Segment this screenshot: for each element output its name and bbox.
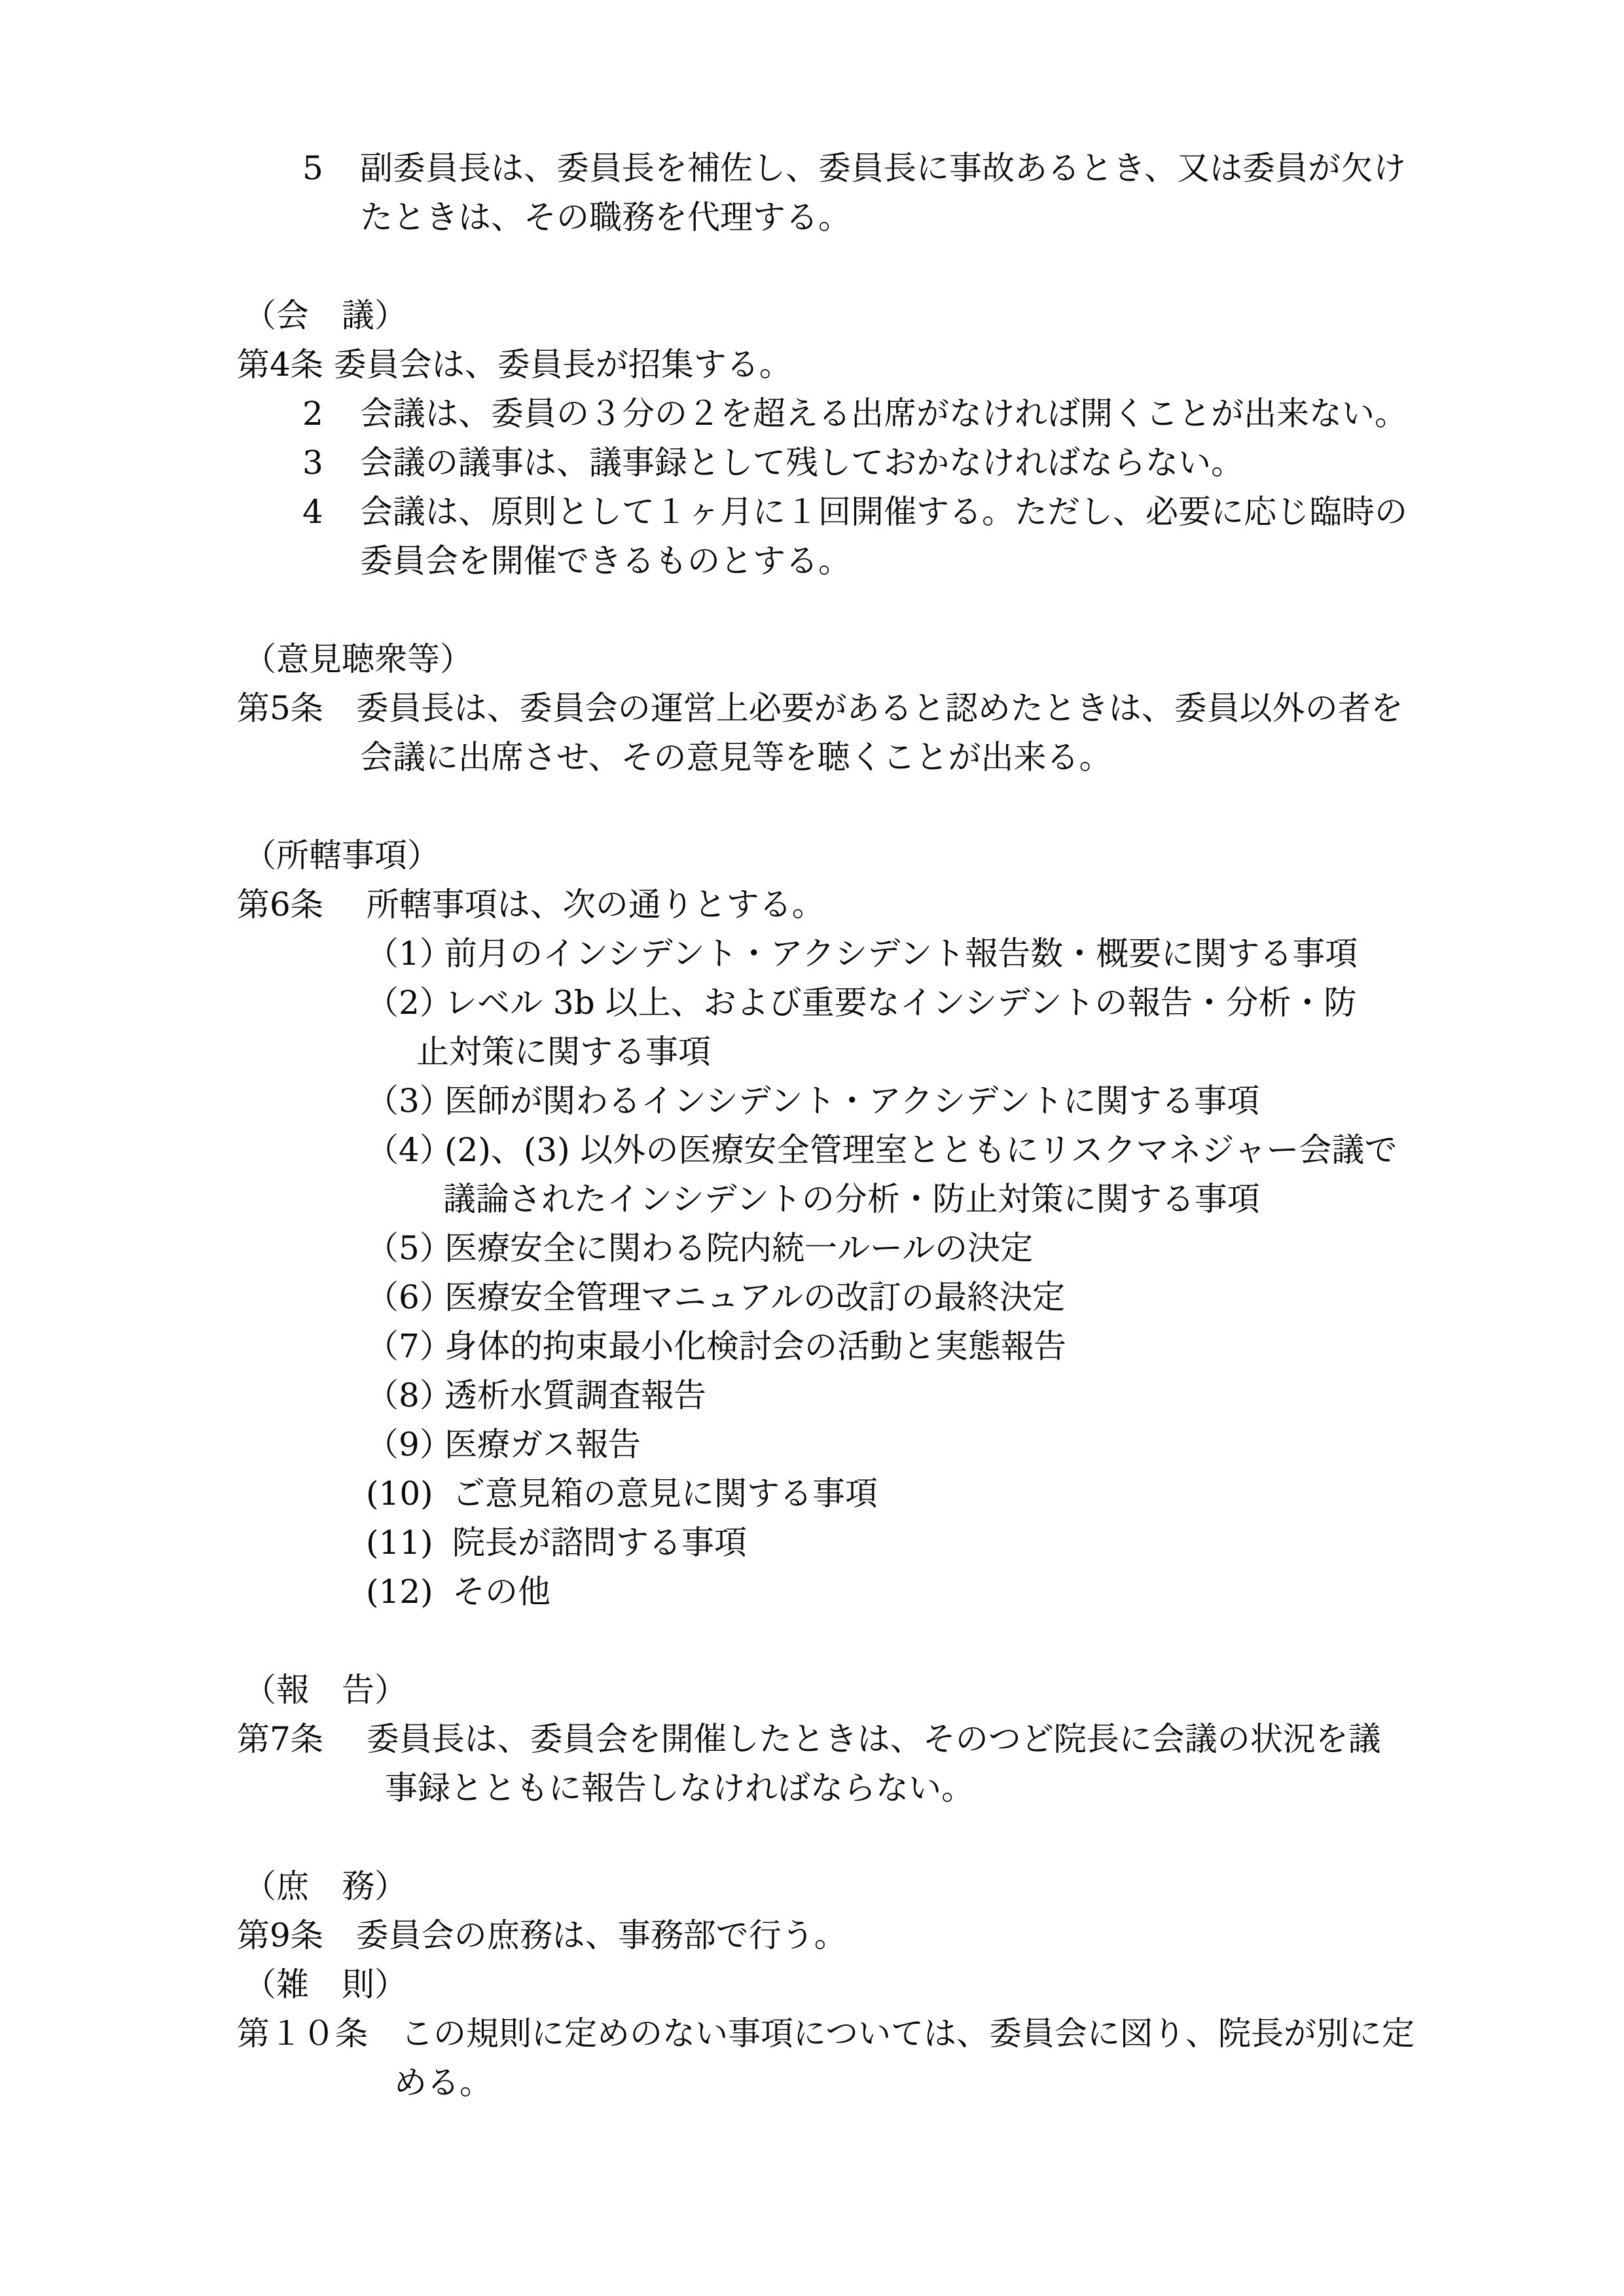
list-item-marker: （8） — [366, 1371, 444, 1420]
list-item-marker: （3） — [366, 1077, 444, 1126]
page: 5副委員長は、委員長を補佐し、委員長に事故あるとき、又は委員が欠けたときは、その… — [0, 0, 1624, 2296]
line-text: 会議は、委員の３分の２を超える出席がなければ開くことが出来ない。 — [360, 395, 1407, 433]
line-text: 医療安全管理マニュアルの改訂の最終決定 — [444, 1278, 1065, 1316]
continuation-line: 委員会を開催できるものとする。 — [237, 537, 1441, 586]
article-line: 第6条 所轄事項は、次の通りとする。 — [237, 880, 1441, 929]
line-text: 医療ガス報告 — [444, 1426, 641, 1463]
list-item: (10)ご意見箱の意見に関する事項 — [237, 1469, 1441, 1518]
list-item-marker: （6） — [366, 1273, 444, 1322]
line-text: 院長が諮問する事項 — [452, 1524, 747, 1562]
line-text: 委員会を開催できるものとする。 — [360, 542, 851, 580]
line-text: 会議は、原則として１ヶ月に１回開催する。ただし、必要に応じ臨時の — [360, 493, 1407, 531]
list-item: (12)その他 — [237, 1568, 1441, 1617]
line-text: レベル 3b 以上、および重要なインシデントの報告・分析・防 — [444, 984, 1356, 1022]
article-line: 第5条 委員長は、委員会の運営上必要があると認めたときは、委員以外の者を — [237, 684, 1441, 733]
list-item-marker: （2） — [366, 978, 444, 1028]
line-text: める。 — [394, 2064, 492, 2102]
section-heading: （庶 務） — [237, 1862, 1441, 1911]
list-item: （1）前月のインシデント・アクシデント報告数・概要に関する事項 — [237, 929, 1441, 978]
list-item-marker: （1） — [366, 929, 444, 978]
line-text: 医師が関わるインシデント・アクシデントに関する事項 — [444, 1082, 1259, 1120]
line-text: 副委員長は、委員長を補佐し、委員長に事故あるとき、又は委員が欠け — [360, 149, 1406, 187]
continuation-line: 議論されたインシデントの分析・防止対策に関する事項 — [237, 1175, 1441, 1224]
line-text: 事録とともに報告しなければならない。 — [385, 1769, 974, 1807]
line-text: 止対策に関する事項 — [416, 1033, 711, 1071]
list-item: （9）医療ガス報告 — [237, 1420, 1441, 1469]
line-text: 議論されたインシデントの分析・防止対策に関する事項 — [443, 1180, 1260, 1218]
line-text: 身体的拘束最小化検討会の活動と実態報告 — [444, 1327, 1066, 1365]
section-heading: （報 告） — [237, 1666, 1441, 1715]
article-line: 第7条 委員長は、委員会を開催したときは、そのつど院長に会議の状況を議 — [237, 1715, 1441, 1764]
line-text: 会議に出席させ、その意見等を聴くことが出来る。 — [360, 738, 1112, 776]
list-item-marker: （7） — [366, 1322, 444, 1371]
line-text: （報 告） — [244, 1671, 407, 1709]
line-text: （雑 則） — [244, 1965, 407, 2003]
line-text: 第4条 委員会は、委員長が招集する。 — [237, 346, 792, 384]
line-text: 前月のインシデント・アクシデント報告数・概要に関する事項 — [444, 935, 1358, 973]
list-item: (11)院長が諮問する事項 — [237, 1518, 1441, 1568]
list-item: （7）身体的拘束最小化検討会の活動と実態報告 — [237, 1322, 1441, 1371]
list-item-marker: (11) — [366, 1518, 452, 1568]
list-item-marker: (10) — [366, 1469, 452, 1518]
list-item: （6）医療安全管理マニュアルの改訂の最終決定 — [237, 1273, 1441, 1322]
list-item-marker: （5） — [366, 1224, 444, 1273]
sub-item-line: 5副委員長は、委員長を補佐し、委員長に事故あるとき、又は委員が欠け — [237, 144, 1441, 193]
sub-item-line: 2会議は、委員の３分の２を超える出席がなければ開くことが出来ない。 — [237, 389, 1441, 439]
section-heading: （所轄事項） — [237, 831, 1441, 880]
list-item: （5）医療安全に関わる院内統一ルールの決定 — [237, 1224, 1441, 1273]
line-text: 第9条 委員会の庶務は、事務部で行う。 — [237, 1916, 847, 1954]
continuation-line: 止対策に関する事項 — [237, 1028, 1441, 1077]
line-text: （会 議） — [244, 296, 407, 334]
line-text: 第7条 委員長は、委員会を開催したときは、そのつど院長に会議の状況を議 — [237, 1720, 1381, 1758]
line-text: （庶 務） — [244, 1867, 407, 1905]
continuation-line: たときは、その職務を代理する。 — [237, 193, 1441, 242]
document-body: 5副委員長は、委員長を補佐し、委員長に事故あるとき、又は委員が欠けたときは、その… — [0, 0, 1624, 2108]
line-text: 医療安全に関わる院内統一ルールの決定 — [444, 1229, 1033, 1267]
list-item: （3）医師が関わるインシデント・アクシデントに関する事項 — [237, 1077, 1441, 1126]
continuation-line: 会議に出席させ、その意見等を聴くことが出来る。 — [237, 733, 1441, 782]
line-text: ご意見箱の意見に関する事項 — [452, 1475, 878, 1513]
list-item-marker: (12) — [366, 1568, 452, 1617]
sub-item-number: 2 — [302, 389, 360, 439]
line-text: (2)、(3) 以外の医療安全管理室とともにリスクマネジャー会議で — [444, 1131, 1398, 1169]
line-text: 第１０条 この規則に定めのない事項については、委員会に図り、院長が別に定 — [237, 2015, 1415, 2053]
line-text: 第6条 所轄事項は、次の通りとする。 — [237, 886, 825, 924]
continuation-line: 事録とともに報告しなければならない。 — [237, 1764, 1441, 1813]
list-item: （8）透析水質調査報告 — [237, 1371, 1441, 1420]
sub-item-number: 4 — [302, 488, 360, 537]
line-text: （所轄事項） — [244, 836, 440, 874]
line-text: その他 — [452, 1573, 550, 1611]
sub-item-number: 3 — [302, 439, 360, 488]
line-text: 透析水質調査報告 — [444, 1376, 706, 1414]
article-line: 第4条 委員会は、委員長が招集する。 — [237, 340, 1441, 389]
line-text: 第5条 委員長は、委員会の運営上必要があると認めたときは、委員以外の者を — [237, 689, 1403, 727]
line-text: （意見聴衆等） — [244, 640, 473, 678]
continuation-line: める。 — [237, 2058, 1441, 2108]
line-text: 会議の議事は、議事録として残しておかなければならない。 — [360, 444, 1244, 482]
section-heading: （意見聴衆等） — [237, 635, 1441, 684]
list-item-marker: （4） — [366, 1126, 444, 1175]
list-item: （2）レベル 3b 以上、および重要なインシデントの報告・分析・防 — [237, 978, 1441, 1028]
line-text: たときは、その職務を代理する。 — [360, 198, 851, 236]
sub-item-number: 5 — [302, 144, 360, 193]
section-heading: （会 議） — [237, 291, 1441, 340]
list-item-marker: （9） — [366, 1420, 444, 1469]
section-heading: （雑 則） — [237, 1960, 1441, 2009]
article-line: 第１０条 この規則に定めのない事項については、委員会に図り、院長が別に定 — [237, 2009, 1441, 2058]
list-item: （4）(2)、(3) 以外の医療安全管理室とともにリスクマネジャー会議で — [237, 1126, 1441, 1175]
article-line: 第9条 委員会の庶務は、事務部で行う。 — [237, 1911, 1441, 1960]
sub-item-line: 3会議の議事は、議事録として残しておかなければならない。 — [237, 439, 1441, 488]
sub-item-line: 4会議は、原則として１ヶ月に１回開催する。ただし、必要に応じ臨時の — [237, 488, 1441, 537]
